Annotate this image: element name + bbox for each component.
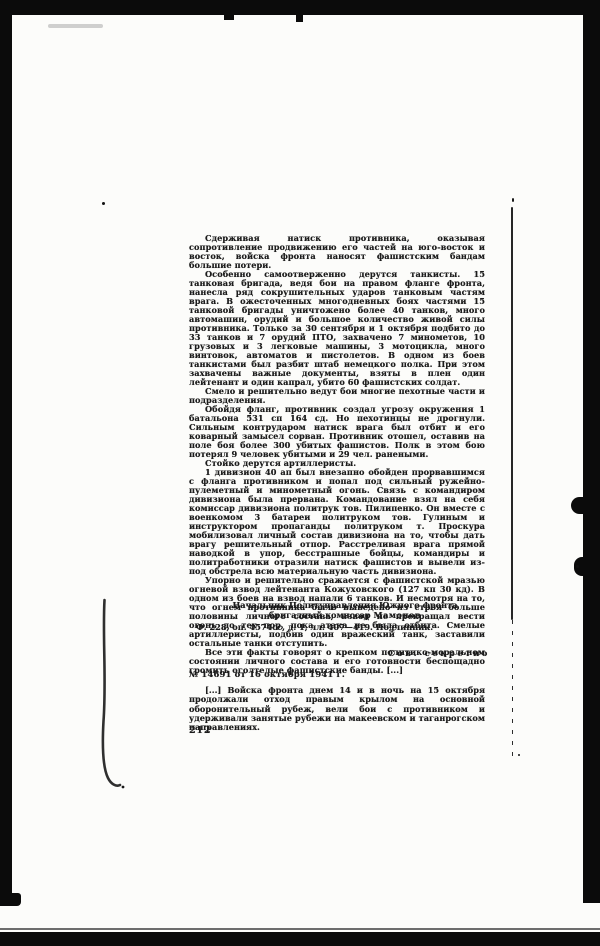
paragraph: 1 дивизион 40 ап был внезапно обойден пр… [189,468,485,576]
scan-border-bottom [0,932,600,946]
paragraph: [...] Войска фронта днем 14 и в ночь на … [189,686,485,732]
scan-border-left [0,0,12,906]
scan-border-blemish [224,15,234,20]
signature-name: Мамонов [374,610,422,620]
scan-speck [512,198,514,202]
archive-reference: Ф. 228, оп. 4574сс, д. 1, лл. 407—419. П… [196,622,492,632]
paragraph: Смело и решительно ведут бои многие пехо… [189,387,485,405]
scan-speck [518,754,520,756]
signature-block: Начальник Политуправления Южного фронта … [200,601,490,620]
paragraph: Обойдя фланг, противник создал угрозу ок… [189,405,485,459]
signature-rank-name-line: бригадный комиссар Мамонов [200,611,490,621]
scan-border-top [0,0,600,15]
scan-smudge [48,24,103,28]
scan-border-right [583,13,600,903]
page-edge-crease-line-faded [512,620,514,758]
paragraph: Особенно самоотверженно дерутся танкисты… [189,270,485,387]
document-number-heading: № 14691 от 16 октября 1941 г. [189,669,485,679]
scan-speck [102,202,105,205]
signature-rank: бригадный комиссар [269,610,371,620]
book-gutter-shadow-line [96,596,136,796]
scan-speck [576,565,579,568]
page-edge-crease-line [511,207,513,620]
scanned-book-page: Сдерживая натиск противника, оказывая со… [0,0,600,946]
scan-border-blemish [0,893,21,906]
scan-border-blemish [296,15,303,22]
second-document-body: [...] Войска фронта днем 14 и в ночь на … [189,686,485,732]
page-bottom-edge-line [0,928,600,930]
scan-border-blemish [571,497,586,514]
classification-stamp: Сов. секретно [290,648,490,658]
paragraph: Сдерживая натиск противника, оказывая со… [189,234,485,270]
page-number: 212 [189,725,211,736]
